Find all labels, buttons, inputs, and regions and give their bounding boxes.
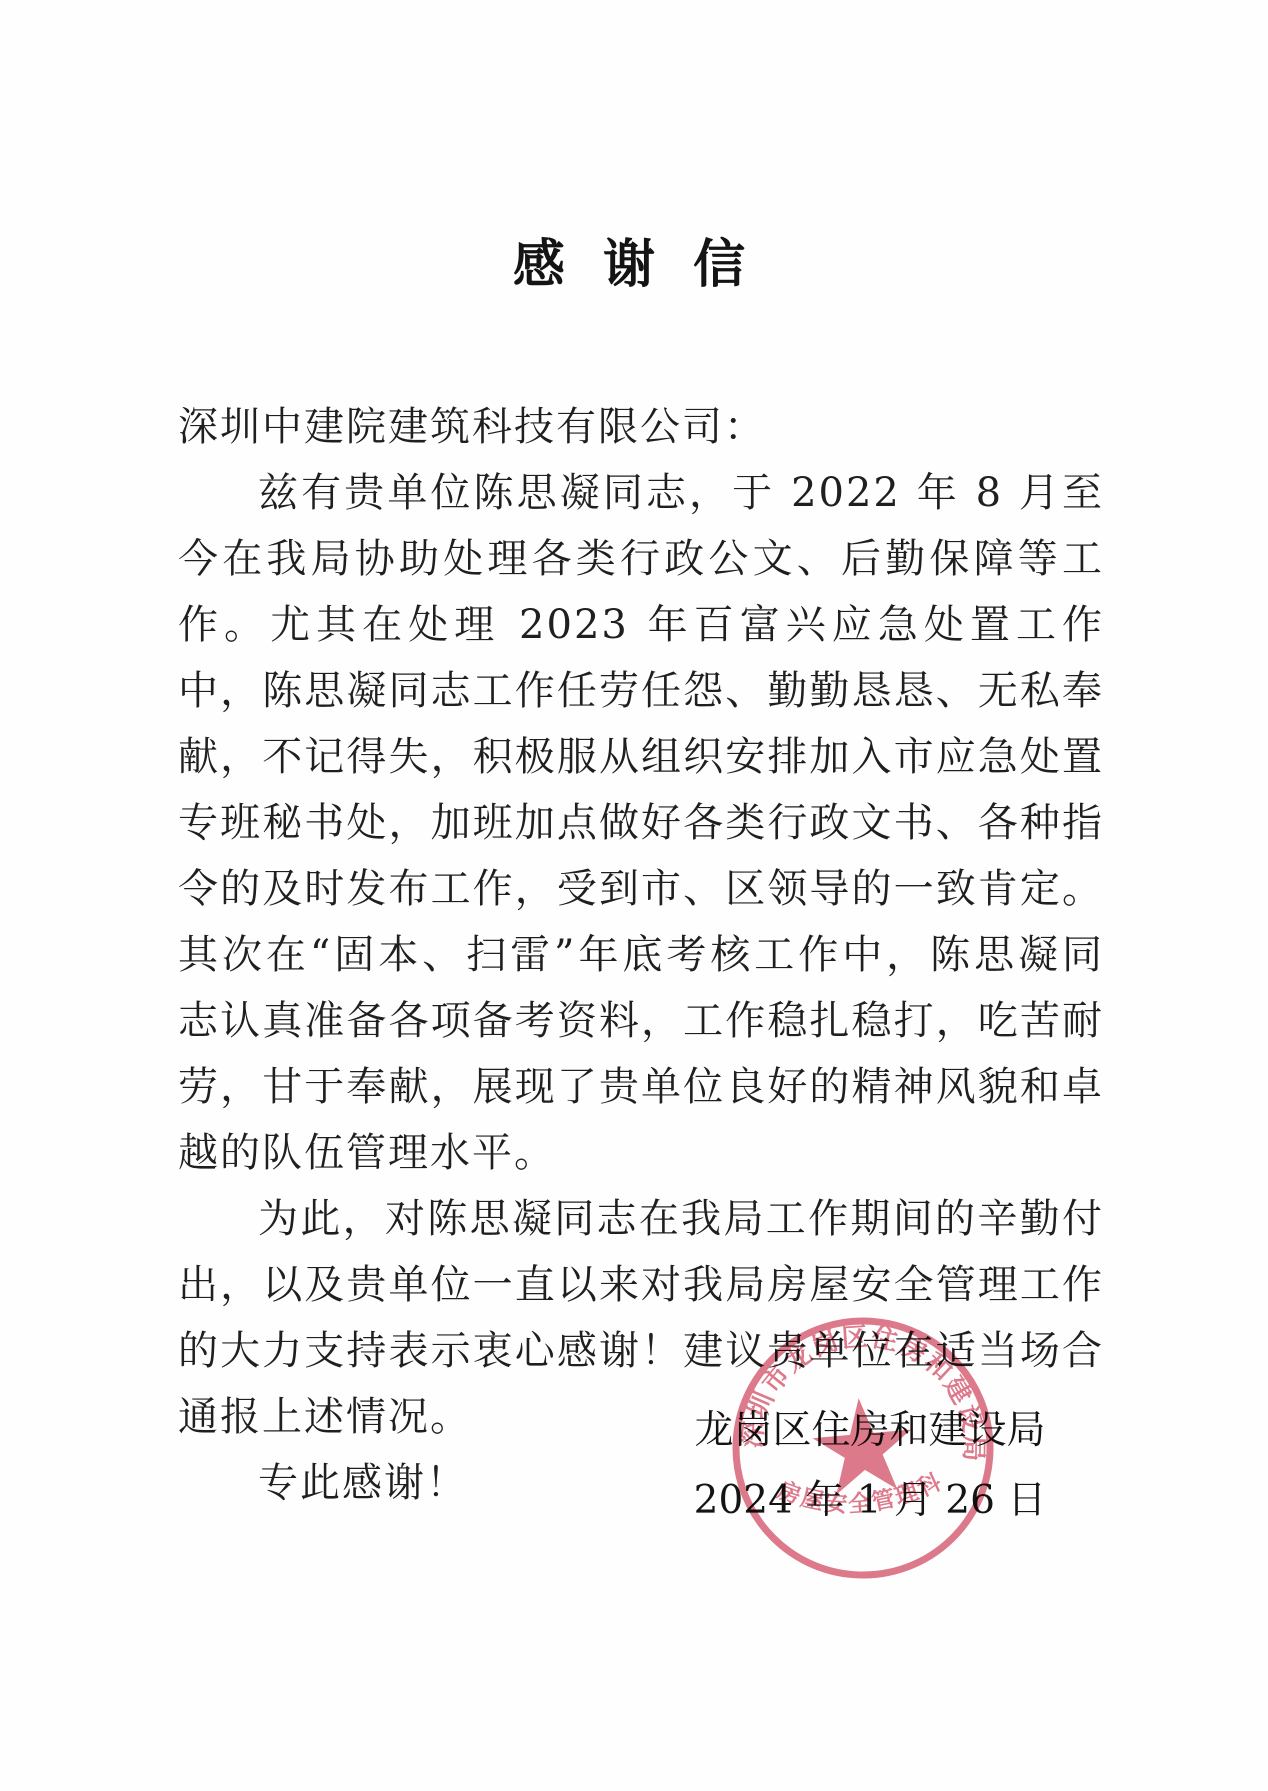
letter-title: 感 谢 信 — [0, 222, 1268, 297]
salutation: 深圳中建院建筑科技有限公司： — [178, 394, 1104, 460]
letter-page: 感 谢 信 深圳中建院建筑科技有限公司： 兹有贵单位陈思凝同志，于 2022 年… — [0, 0, 1268, 1791]
official-seal-stamp: 深圳市龙岗区住房和建设局 房屋安全管理科 — [721, 1306, 1005, 1590]
seal-star-icon — [809, 1394, 916, 1496]
paragraph-1: 兹有贵单位陈思凝同志，于 2022 年 8 月至今在我局协助处理各类行政公文、后… — [178, 460, 1104, 1186]
